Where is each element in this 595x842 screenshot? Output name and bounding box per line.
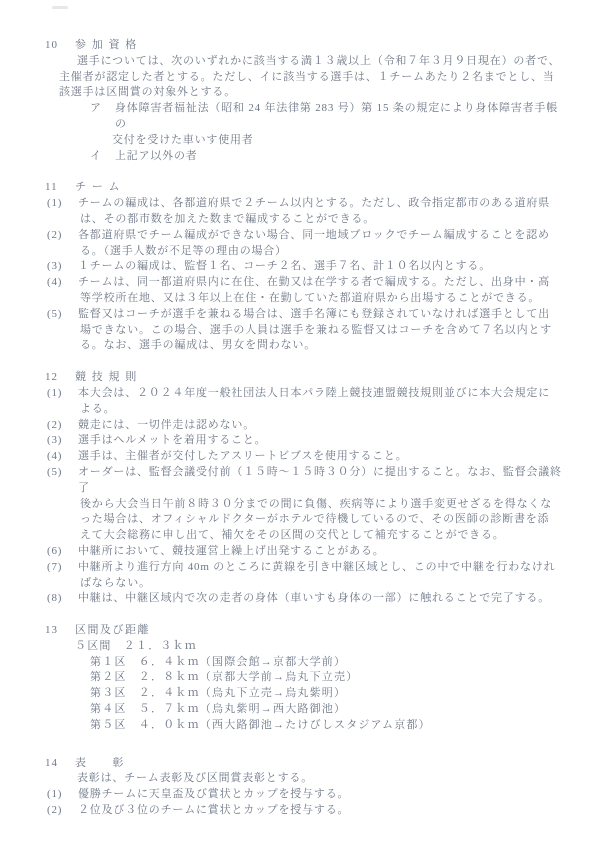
section-title: 表 彰 [75,757,125,769]
text-line: る。（選手人数が不足等の理由の場合） [45,244,567,260]
text-line: (2)各都道府県でチーム編成ができない場合、同一地域ブロックでチーム編成すること… [45,228,567,244]
text-line: 第３区 ２．４ｋｍ（烏丸下立売→烏丸紫明） [45,686,567,702]
section-title: チ ー ム [75,181,121,193]
section-13: 13区間及び距離５区間 ２１．３ｋｍ第１区 ６．４ｋｍ（国際会館→京都大学前）第… [45,623,567,734]
list-marker: (2) [45,228,78,244]
text-line: 等学校所在地、又は３年以上在住・在勤していた都道府県から出場することができる。 [45,291,567,307]
list-marker: (3) [45,259,78,275]
list-marker: (4) [45,449,78,465]
text-line: (4)チームは、同一都道府県内に在住、在勤又は在学する者で編成する。ただし、出身… [45,275,567,291]
section-heading: 13区間及び距離 [45,623,567,639]
document-body: 10参 加 資 格選手については、次のいずれかに該当する満１３歳以上（令和７年３… [45,38,567,819]
section-12: 12競 技 規 則(1)本大会は、２０２４年度一般社団法人日本パラ陸上競技連盟競… [45,370,567,607]
text-line: (5)オーダーは、監督会議受付前（１５時～１５時３０分）に提出すること。なお、監… [45,465,567,497]
line-text: １チームの編成は、監督１名、コーチ２名、選手７名、計１０名以内とする。 [78,259,567,275]
list-marker: (2) [45,418,78,434]
line-text: 上記ア以外の者 [115,149,567,165]
section-number: 12 [45,370,75,386]
section-14: 14表 彰表彰は、チーム表彰及び区間賞表彰とする。(1)優勝チームに天皇盃及び賞… [45,756,567,819]
list-marker: (5) [45,465,78,497]
text-line: 第４区 ５．７ｋｍ（烏丸紫明→西大路御池） [45,702,567,718]
text-line: る。なお、選手の編成は、男女を問わない。 [45,338,567,354]
line-text: 各都道府県でチーム編成ができない場合、同一地域ブロックでチーム編成することを認め [78,228,567,244]
text-line: 表彰は、チーム表彰及び区間賞表彰とする。 [45,771,567,787]
section-title: 区間及び距離 [75,624,150,636]
line-text: 中継所において、競技運営上繰上げ出発することがある。 [78,544,567,560]
list-marker: (1) [45,196,78,212]
section-11: 11チ ー ム(1)チームの編成は、各都道府県で２チーム以内とする。ただし、政令… [45,180,567,354]
text-line: (7)中継所より進行方向 40m のところに黄線を引き中継区域とし、この中で中継… [45,560,567,576]
section-number: 11 [45,180,75,196]
section-number: 13 [45,623,75,639]
text-line: (3)１チームの編成は、監督１名、コーチ２名、選手７名、計１０名以内とする。 [45,259,567,275]
list-marker: (3) [45,433,78,449]
text-line: ばならない。 [45,576,567,592]
text-line: 主催者が認定した者とする。ただし、イに該当する選手は、１チームあたり２名までとし… [45,70,567,86]
list-marker: (1) [45,386,78,402]
text-line: (1)本大会は、２０２４年度一般社団法人日本パラ陸上競技連盟競技規則並びに本大会… [45,386,567,402]
text-line: 後から大会当日午前８時３０分までの間に負傷、疾病等により選手変更せざるを得なくな [45,497,567,513]
text-line: (3)選手はヘルメットを着用すること。 [45,433,567,449]
text-line: (8)中継は、中継区域内で次の走者の身体（車いすも身体の一部）に触れることで完了… [45,591,567,607]
text-line: 第５区 ４．０ｋｍ（西大路御池→たけびしスタジアム京都） [45,718,567,734]
text-line: 第２区 ２．８ｋｍ（京都大学前→烏丸下立売） [45,670,567,686]
text-line: (1)優勝チームに天皇盃及び賞状とカップを授与する。 [45,787,567,803]
section-10: 10参 加 資 格選手については、次のいずれかに該当する満１３歳以上（令和７年３… [45,38,567,164]
text-line: よる。 [45,402,567,418]
line-text: 選手は、主催者が交付したアスリートビブスを使用すること。 [78,449,567,465]
line-text: 身体障害者福祉法（昭和 24 年法律第 283 号）第 15 条の規定により身体… [115,101,567,133]
line-text: チームの編成は、各都道府県で２チーム以内とする。ただし、政令指定都市のある道府県 [78,196,567,212]
section-title: 参 加 資 格 [75,39,138,51]
section-number: 10 [45,38,75,54]
line-text: ２位及び３位のチームに賞状とカップを授与する。 [78,803,567,819]
text-line: (2)２位及び３位のチームに賞状とカップを授与する。 [45,803,567,819]
text-line: 選手については、次のいずれかに該当する満１３歳以上（令和７年３月９日現在）の者で… [45,54,567,70]
list-marker: (7) [45,560,78,576]
text-line: (6)中継所において、競技運営上繰上げ出発することがある。 [45,544,567,560]
line-text: 競走には、一切伴走は認めない。 [78,418,567,434]
line-text: 監督又はコーチが選手を兼ねる場合は、選手名簿にも登録されていなければ選手として出 [78,307,567,323]
document-page: 10参 加 資 格選手については、次のいずれかに該当する満１３歳以上（令和７年３… [0,0,595,842]
text-line: 第１区 ６．４ｋｍ（国際会館→京都大学前） [45,655,567,671]
section-heading: 10参 加 資 格 [45,38,567,54]
text-line: (4)選手は、主催者が交付したアスリートビブスを使用すること。 [45,449,567,465]
list-marker: (4) [45,275,78,291]
list-marker: (1) [45,787,78,803]
line-text: 中継所より進行方向 40m のところに黄線を引き中継区域とし、この中で中継を行わ… [78,560,567,576]
section-number: 14 [45,756,75,772]
line-text: 選手はヘルメットを着用すること。 [78,433,567,449]
line-text: 中継は、中継区域内で次の走者の身体（車いすも身体の一部）に触れることで完了する。 [78,591,567,607]
text-line: 該選手は区間賞の対象外とする。 [45,85,567,101]
line-text: 優勝チームに天皇盃及び賞状とカップを授与する。 [78,787,567,803]
text-line: (1)チームの編成は、各都道府県で２チーム以内とする。ただし、政令指定都市のある… [45,196,567,212]
line-text: 本大会は、２０２４年度一般社団法人日本パラ陸上競技連盟競技規則並びに本大会規定に [78,386,567,402]
text-line: ５区間 ２１．３ｋｍ [45,639,567,655]
text-line: 交付を受けた車いす使用者 [45,133,567,149]
section-heading: 14表 彰 [45,756,567,772]
section-title: 競 技 規 則 [75,371,138,383]
text-line: (2)競走には、一切伴走は認めない。 [45,418,567,434]
section-heading: 12競 技 規 則 [45,370,567,386]
list-marker: (5) [45,307,78,323]
list-marker: (2) [45,803,78,819]
line-text: チームは、同一都道府県内に在住、在勤又は在学する者で編成する。ただし、出身中・高 [78,275,567,291]
list-marker: イ [90,149,115,165]
text-line: えて大会総務に申し出て、補欠をその区間の交代として補充することができる。 [45,528,567,544]
section-heading: 11チ ー ム [45,180,567,196]
text-line: 場できない。この場合、選手の人員は選手を兼ねる監督又はコーチを含めて７名以内とす [45,323,567,339]
line-text: オーダーは、監督会議受付前（１５時～１５時３０分）に提出すること。なお、監督会議… [78,465,567,497]
scan-artifact [52,6,68,9]
text-line: (5)監督又はコーチが選手を兼ねる場合は、選手名簿にも登録されていなければ選手と… [45,307,567,323]
text-line: ア身体障害者福祉法（昭和 24 年法律第 283 号）第 15 条の規定により身… [45,101,567,133]
text-line: った場合は、オフィシャルドクターがホテルで待機しているので、その医師の診断書を添 [45,512,567,528]
list-marker: ア [90,101,115,133]
text-line: イ上記ア以外の者 [45,149,567,165]
text-line: は、その都市数を加えた数まで編成することができる。 [45,212,567,228]
list-marker: (6) [45,544,78,560]
list-marker: (8) [45,591,78,607]
